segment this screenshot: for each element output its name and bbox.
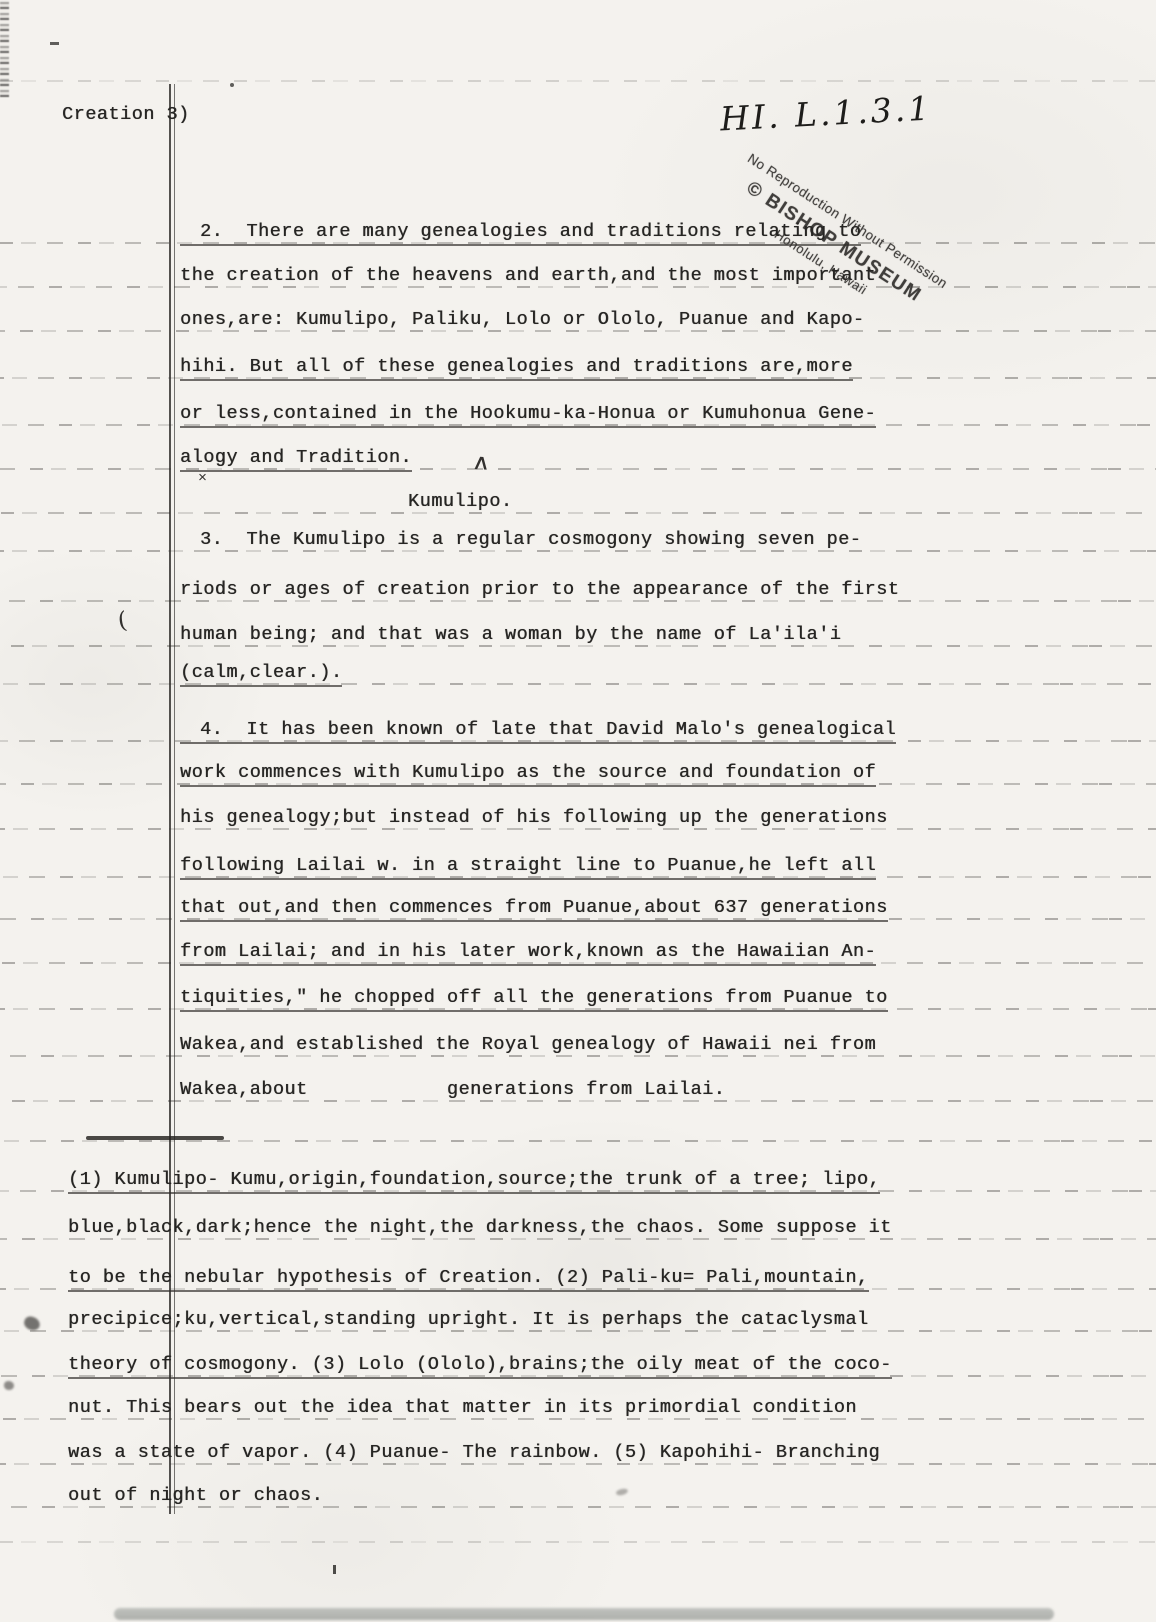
ruled-line-faint: [0, 1541, 1156, 1543]
page-label: Creation 3): [62, 103, 190, 126]
text-line: Wakea,about generations from Lailai.: [180, 1078, 725, 1101]
text-line: from Lailai; and in his later work,known…: [180, 940, 876, 966]
footnote-line: nut. This bears out the idea that matter…: [68, 1396, 857, 1419]
text-line: or less,contained in the Hookumu-ka-Honu…: [180, 402, 876, 428]
footnote-line: precipice;ku,vertical,standing upright. …: [68, 1308, 869, 1331]
scan-edge-shadow: [114, 1608, 1054, 1620]
stray-dash-mark: [50, 42, 59, 45]
footnote-line: to be the nebular hypothesis of Creation…: [68, 1266, 869, 1292]
footnote-separator: [86, 1136, 224, 1140]
text-line: work commences with Kumulipo as the sour…: [180, 761, 876, 787]
text-line: that out,and then commences from Puanue,…: [180, 896, 888, 922]
text-line: ones,are: Kumulipo, Paliku, Lolo or Olol…: [180, 308, 865, 331]
section-heading: Kumulipo.: [408, 490, 512, 513]
margin-paren-mark: (: [116, 608, 129, 635]
scanned-document-page: Creation 3) HI. L.1.3.1 No Reproduction …: [0, 0, 1156, 1622]
x-annotation-mark: ×: [198, 470, 207, 487]
text-line: human being; and that was a woman by the…: [180, 623, 841, 646]
ink-smudge: [615, 1488, 628, 1497]
footnote-line: theory of cosmogony. (3) Lolo (Ololo),br…: [68, 1353, 892, 1379]
text-line: following Lailai w. in a straight line t…: [180, 854, 876, 880]
footnote-line: (1) Kumulipo- Kumu,origin,foundation,sou…: [68, 1168, 880, 1194]
stray-tick-mark: [333, 1565, 336, 1574]
binding-edge-marks: [0, 0, 9, 97]
margin-vertical-line: [169, 84, 175, 1514]
text-line: 4. It has been known of late that David …: [180, 718, 896, 744]
text-line: tiquities," he chopped off all the gener…: [180, 986, 888, 1012]
insert-caret-mark: ∧: [472, 449, 491, 477]
footnote-line: blue,black,dark;hence the night,the dark…: [68, 1216, 892, 1239]
ink-smudge: [4, 1381, 14, 1390]
handwritten-catalog-number: HI. L.1.3.1: [719, 88, 933, 138]
text-line: (calm,clear.).: [180, 661, 342, 687]
footnote-line: was a state of vapor. (4) Puanue- The ra…: [68, 1441, 880, 1464]
footnote-line: out of night or chaos.: [68, 1484, 323, 1507]
text-line: riods or ages of creation prior to the a…: [180, 578, 899, 601]
text-line: Wakea,and established the Royal genealog…: [180, 1033, 876, 1056]
text-line: alogy and Tradition.: [180, 446, 412, 472]
ruled-line-faint: [0, 80, 1156, 82]
stray-dot-mark: [230, 83, 234, 87]
text-line: his genealogy;but instead of his followi…: [180, 806, 888, 829]
text-line: 3. The Kumulipo is a regular cosmogony s…: [180, 528, 861, 551]
text-line: 2. There are many genealogies and tradit…: [180, 220, 861, 246]
text-line: hihi. But all of these genealogies and t…: [180, 355, 853, 381]
text-line: the creation of the heavens and earth,an…: [180, 264, 876, 287]
